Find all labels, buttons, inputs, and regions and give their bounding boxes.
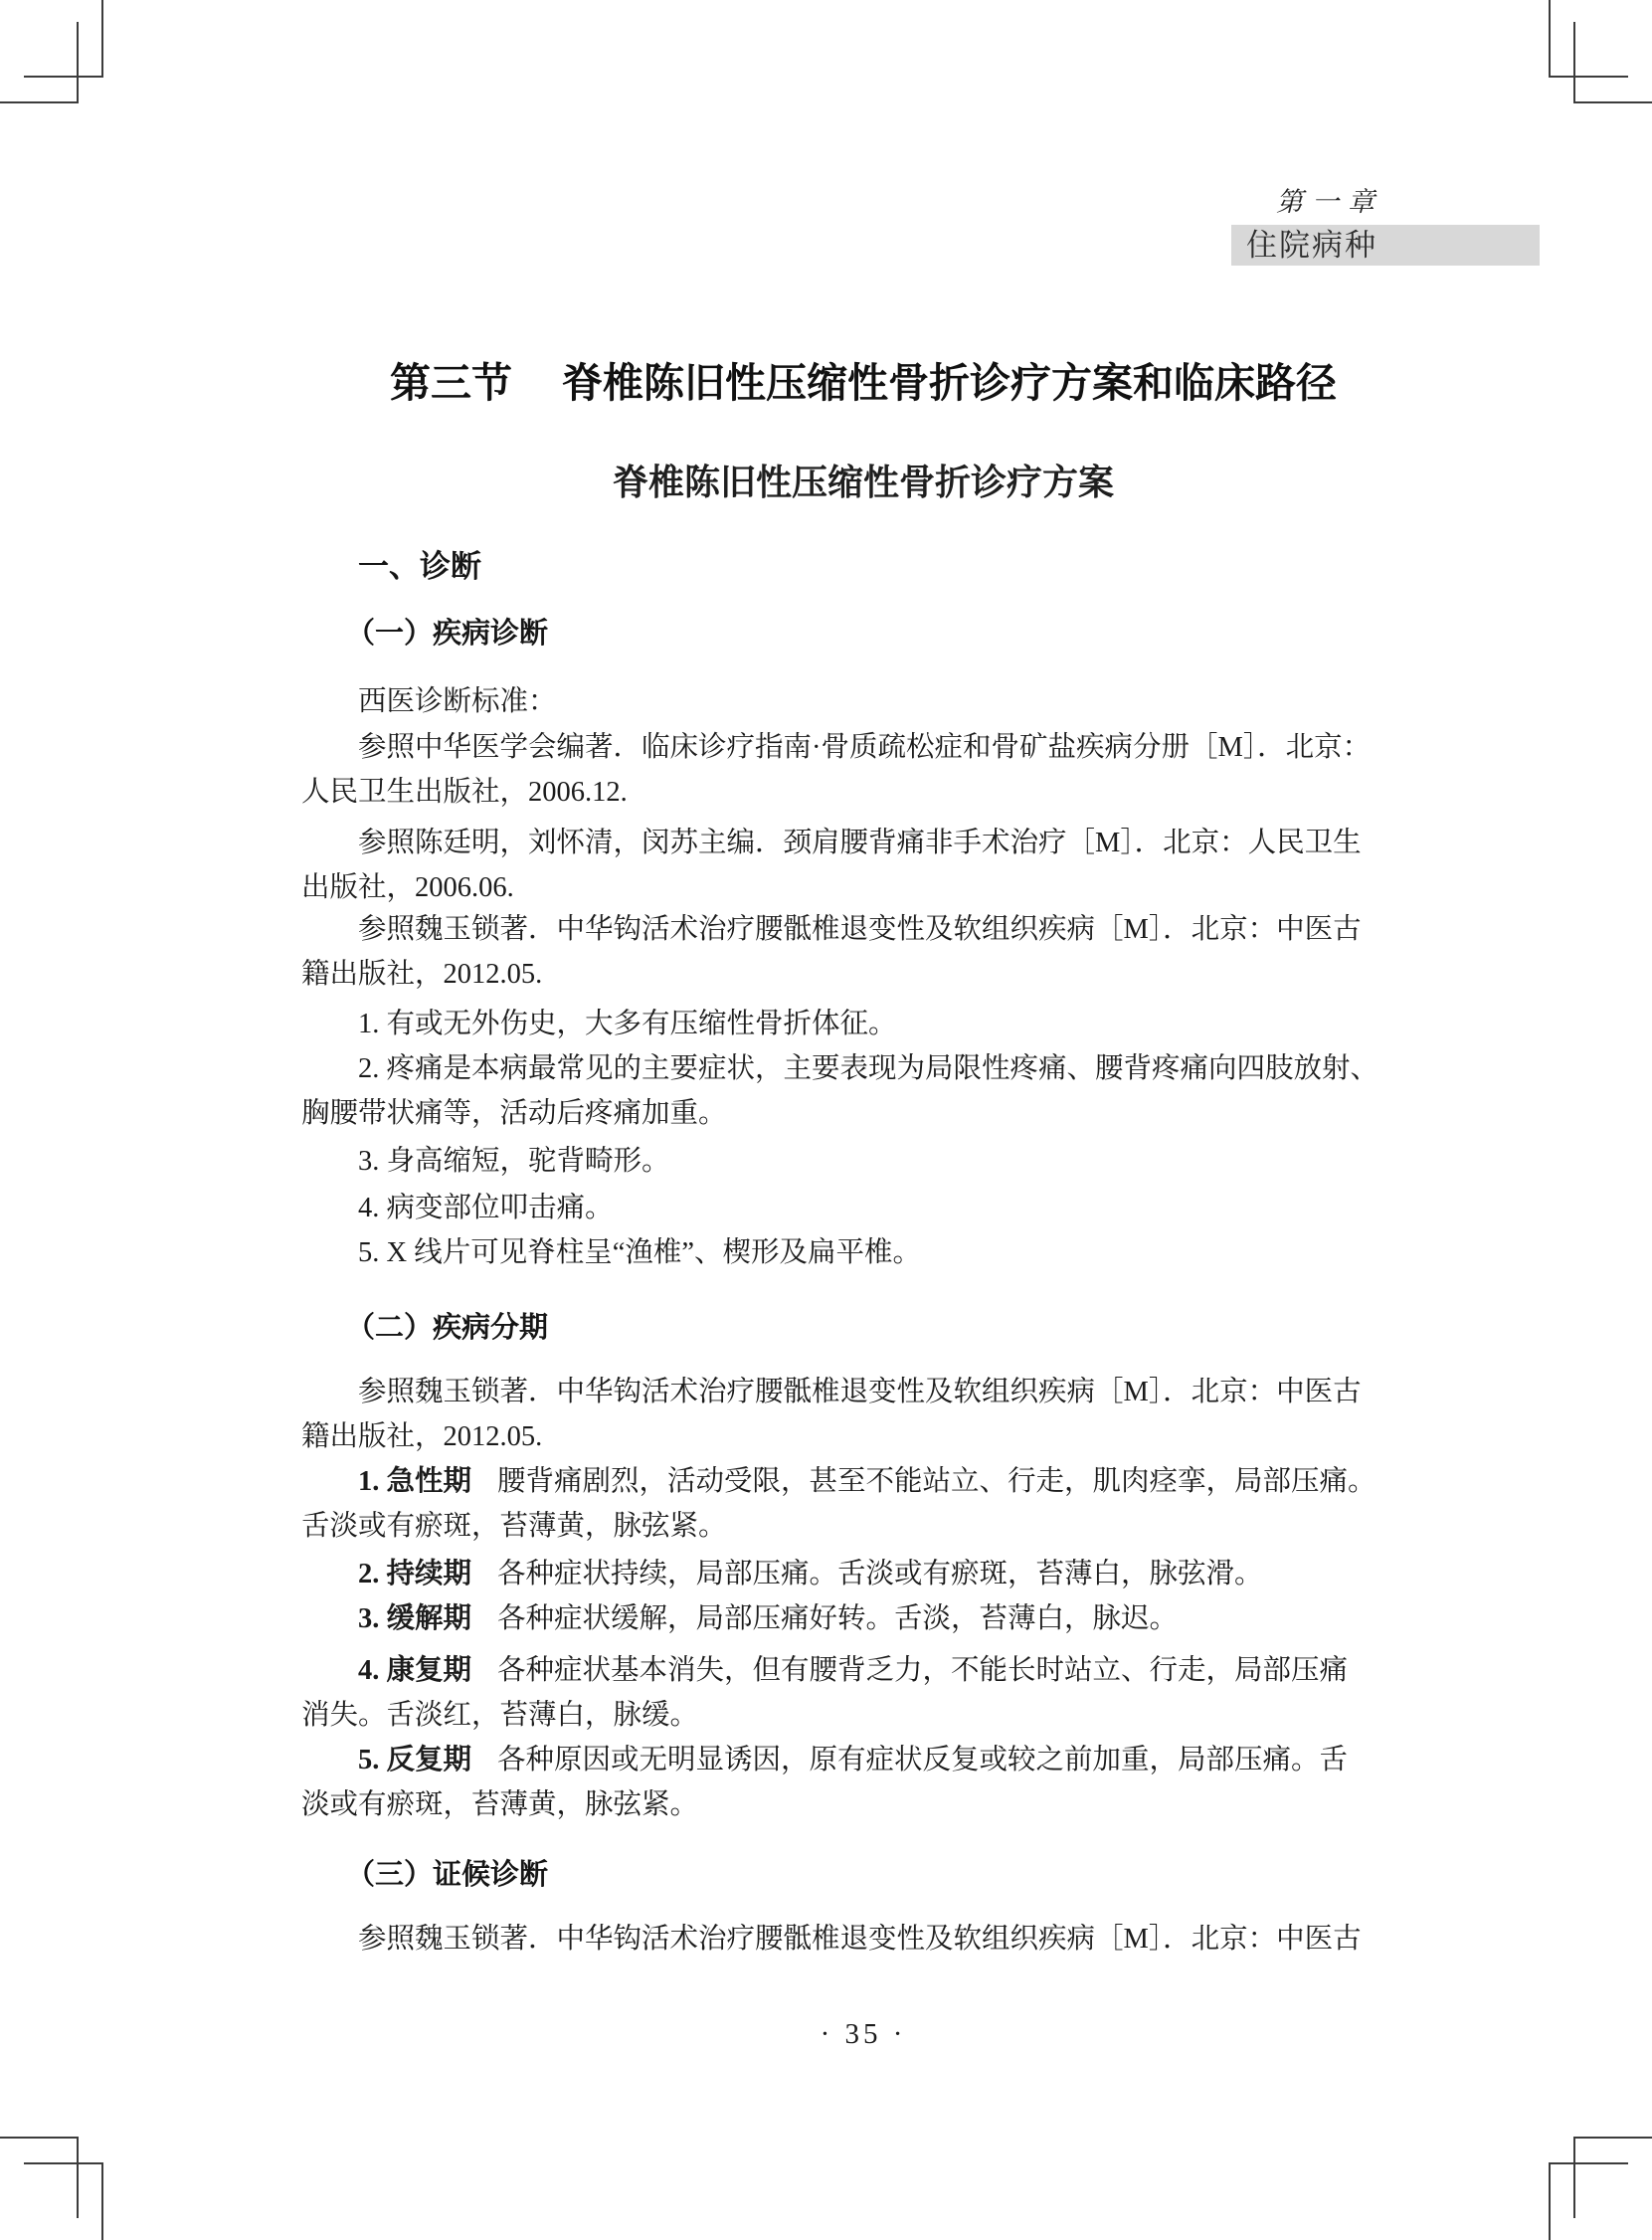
paragraph-reference: 参照魏玉锁著．中华钩活术治疗腰骶椎退变性及软组织疾病［M］．北京：中医古	[301, 1917, 1425, 1961]
paragraph-criterion: 3. 身高缩短，驼背畸形。	[301, 1139, 1425, 1184]
doc-subtitle: 脊椎陈旧性压缩性骨折诊疗方案	[301, 462, 1425, 503]
document-page: 第一章 住院病种 第三节脊椎陈旧性压缩性骨折诊疗方案和临床路径 脊椎陈旧性压缩性…	[0, 0, 1652, 2240]
crop-mark-bottom-left	[24, 2162, 103, 2164]
section-number: 第三节	[390, 360, 512, 406]
page-number: · 35 ·	[301, 2014, 1425, 2054]
stage-item-recovery: 4. 康复期各种症状基本消失，但有腰背乏力，不能长时站立、行走，局部压痛 消失。…	[301, 1648, 1425, 1738]
crop-mark-top-right	[1549, 76, 1628, 78]
paragraph-reference: 参照中华医学会编著．临床诊疗指南·骨质疏松症和骨矿盐疾病分册［M］．北京： 人民…	[301, 725, 1425, 815]
section-title-text: 脊椎陈旧性压缩性骨折诊疗方案和临床路径	[562, 360, 1337, 406]
crop-mark-top-left	[101, 0, 103, 78]
crop-mark-bottom-right	[1549, 2162, 1628, 2164]
paragraph-criterion: 2. 疼痛是本病最常见的主要症状，主要表现为局限性疼痛、腰背疼痛向四肢放射、 胸…	[301, 1046, 1425, 1136]
stage-label: 3. 缓解期	[358, 1603, 471, 1634]
paragraph-reference: 参照魏玉锁著．中华钩活术治疗腰骶椎退变性及软组织疾病［M］．北京：中医古 籍出版…	[301, 907, 1425, 997]
crop-mark-top-right	[1549, 0, 1551, 78]
paragraph-criterion: 4. 病变部位叩击痛。	[301, 1186, 1425, 1230]
stage-item-relapse: 5. 反复期各种原因或无明显诱因，原有症状反复或较之前加重，局部压痛。舌 淡或有…	[301, 1738, 1425, 1827]
crop-mark-bottom-left	[0, 2137, 79, 2139]
paragraph-western-criteria-intro: 西医诊断标准：	[301, 679, 1425, 724]
paragraph-reference: 参照陈廷明，刘怀清，闵苏主编．颈肩腰背痛非手术治疗［M］．北京：人民卫生 出版社…	[301, 821, 1425, 910]
paragraph-reference: 参照魏玉锁著．中华钩活术治疗腰骶椎退变性及软组织疾病［M］．北京：中医古 籍出版…	[301, 1370, 1425, 1459]
paragraph-criterion: 1. 有或无外伤史，大多有压缩性骨折体征。	[301, 1002, 1425, 1046]
crop-mark-bottom-right	[1573, 2137, 1652, 2139]
page-header-chapter-label: 第一章	[1265, 180, 1394, 219]
crop-mark-top-left	[0, 101, 79, 103]
crop-mark-bottom-right	[1549, 2162, 1551, 2240]
stage-label: 1. 急性期	[358, 1466, 471, 1497]
crop-mark-bottom-left	[77, 2137, 79, 2218]
page-header-running-title: 住院病种	[1231, 225, 1540, 266]
crop-mark-top-left	[24, 76, 103, 78]
stage-label: 5. 反复期	[358, 1745, 471, 1775]
stage-item-acute: 1. 急性期腰背痛剧烈，活动受限，甚至不能站立、行走，肌肉痉挛，局部压痛。 舌淡…	[301, 1459, 1425, 1549]
heading-disease-staging: （二）疾病分期	[301, 1308, 1425, 1348]
stage-text: 各种症状缓解，局部压痛好转。舌淡，苔薄白，脉迟。	[497, 1603, 1178, 1634]
stage-text: 各种症状持续，局部压痛。舌淡或有瘀斑，苔薄白，脉弦滑。	[497, 1559, 1263, 1589]
paragraph-criterion: 5. X 线片可见脊柱呈“渔椎”、楔形及扁平椎。	[301, 1230, 1425, 1275]
crop-mark-top-left	[77, 22, 79, 103]
heading-diagnosis: 一、诊断	[301, 547, 1425, 587]
crop-mark-bottom-left	[101, 2162, 103, 2240]
heading-disease-diagnosis: （一）疾病诊断	[301, 614, 1425, 653]
crop-mark-top-right	[1573, 101, 1652, 103]
stage-item-remission: 3. 缓解期各种症状缓解，局部压痛好转。舌淡，苔薄白，脉迟。	[301, 1596, 1425, 1641]
section-title: 第三节脊椎陈旧性压缩性骨折诊疗方案和临床路径	[301, 356, 1425, 410]
crop-mark-top-right	[1573, 22, 1575, 103]
stage-item-persistent: 2. 持续期各种症状持续，局部压痛。舌淡或有瘀斑，苔薄白，脉弦滑。	[301, 1552, 1425, 1596]
heading-syndrome-diagnosis: （三）证候诊断	[301, 1855, 1425, 1895]
running-title-text: 住院病种	[1231, 225, 1540, 266]
crop-mark-bottom-right	[1573, 2137, 1575, 2218]
stage-label: 2. 持续期	[358, 1559, 471, 1589]
stage-label: 4. 康复期	[358, 1655, 471, 1686]
